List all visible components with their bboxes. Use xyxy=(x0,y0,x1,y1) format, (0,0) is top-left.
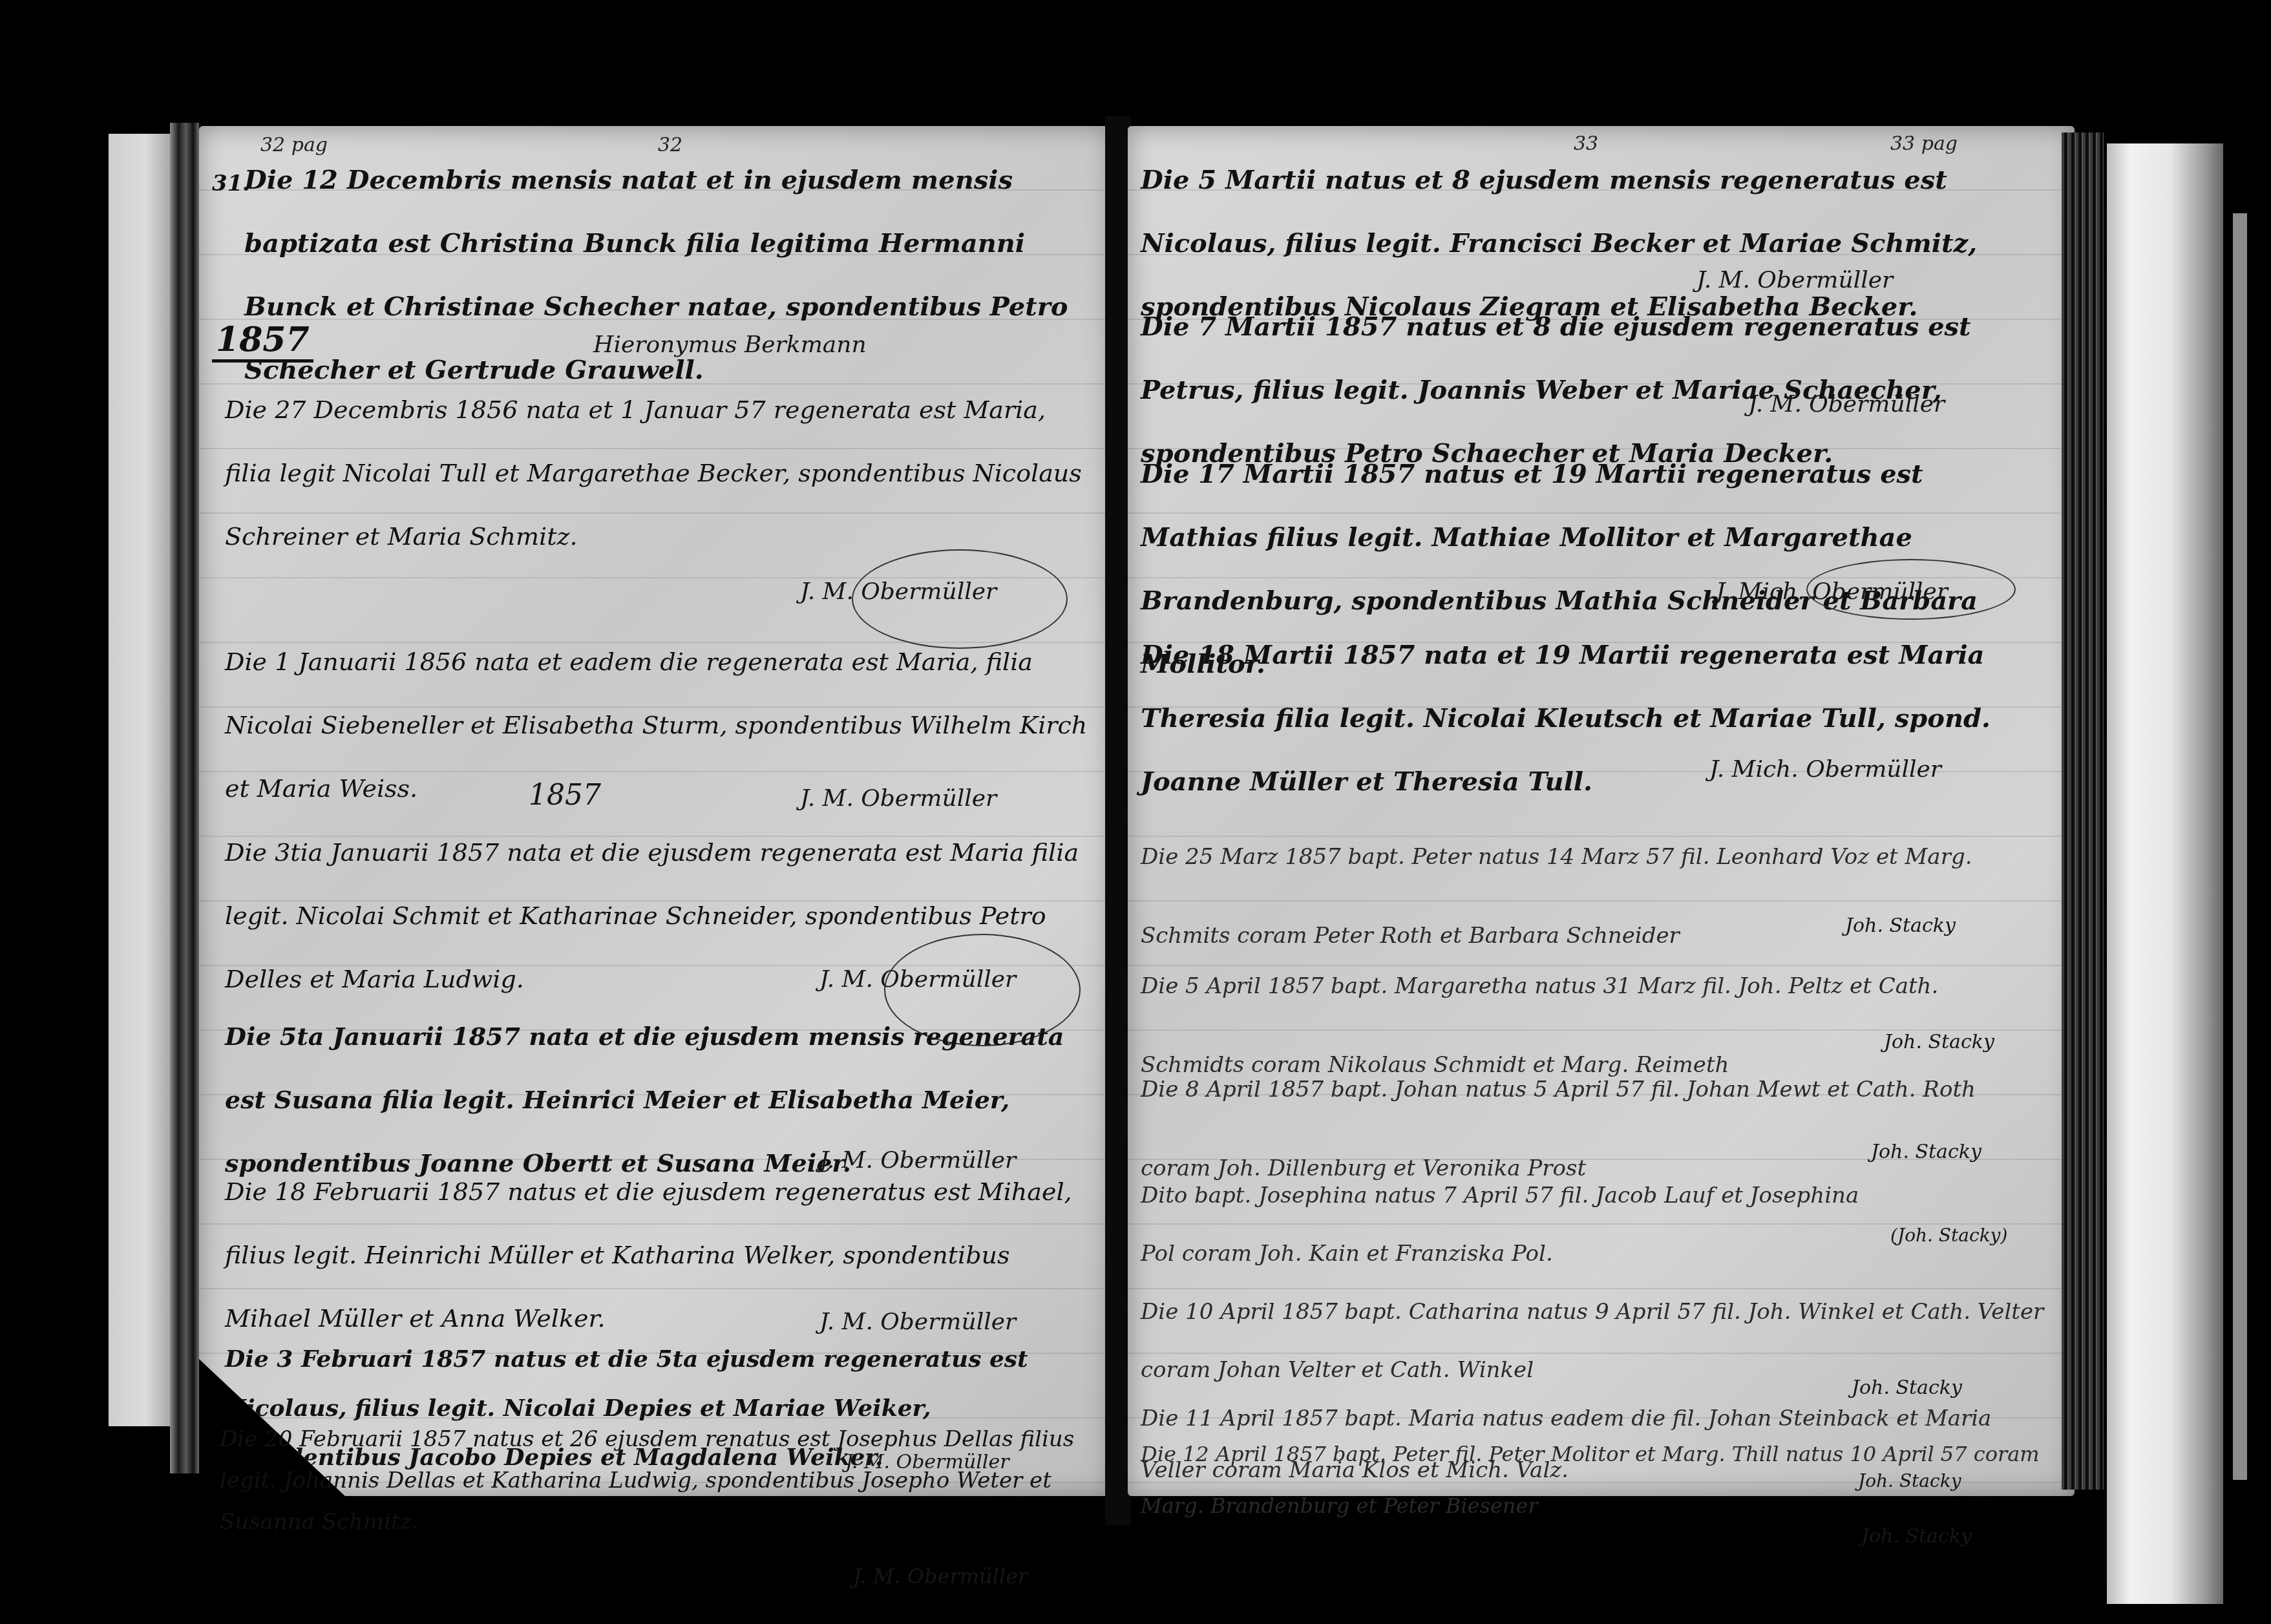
register-entry: Die 27 Decembris 1856 nata et 1 Januar 5… xyxy=(225,378,1091,568)
left-page: 32 pag 32 31. Die 12 Decembris mensis na… xyxy=(199,126,1112,1496)
register-entry: Dito bapt. Josephina natus 7 April 57 fi… xyxy=(1141,1166,1884,1283)
priest-signature: (Joh. Stacky) xyxy=(1890,1225,2007,1246)
year-heading: 1857 xyxy=(529,779,601,812)
priest-signature: J. Mich. Obermüller xyxy=(1716,578,1948,605)
priest-signature: Joh. Stacky xyxy=(1861,1525,1972,1548)
register-entry: Die 12 Decembris mensis natat et in ejus… xyxy=(244,149,1097,402)
register-entry: Die 20 Februarii 1857 natus et 26 ejusde… xyxy=(220,1418,1086,1543)
priest-signature: Joh. Stacky xyxy=(1845,914,1956,937)
priest-signature: J. M. Obermüller xyxy=(800,578,997,605)
priest-signature: J. M. Obermüller xyxy=(1748,391,1945,417)
priest-signature: J. M. Obermüller xyxy=(800,785,997,812)
priest-signature: J. M. Obermüller xyxy=(853,1564,1028,1588)
priest-signature: J. Mich. Obermüller xyxy=(1709,756,1941,783)
register-entry: Die 18 Martii 1857 nata et 19 Martii reg… xyxy=(1141,624,2045,814)
left-flyleaf xyxy=(109,134,170,1426)
priest-signature: Hieronymus Berkmann xyxy=(593,332,867,358)
year-margin-mark: 1857 xyxy=(212,320,313,363)
priest-signature: J. M. Obermüller xyxy=(819,966,1016,993)
priest-signature: J. M. Obermüller xyxy=(819,1309,1016,1335)
left-cover-binding xyxy=(170,123,199,1473)
book-gutter xyxy=(1105,116,1131,1525)
right-page-fore-edge xyxy=(2062,132,2104,1490)
register-entry: Die 12 April 1857 bapt. Peter fil. Peter… xyxy=(1141,1428,2045,1532)
priest-signature: J. M. Obermüller xyxy=(1696,267,1893,293)
inserted-paper-strip xyxy=(2233,213,2247,1480)
inserted-paper-sheet xyxy=(2107,143,2223,1604)
priest-signature: Joh. Stacky xyxy=(1871,1141,1981,1163)
right-page: 33 33 pag Die 5 Martii natus et 8 ejusde… xyxy=(1128,126,2075,1496)
